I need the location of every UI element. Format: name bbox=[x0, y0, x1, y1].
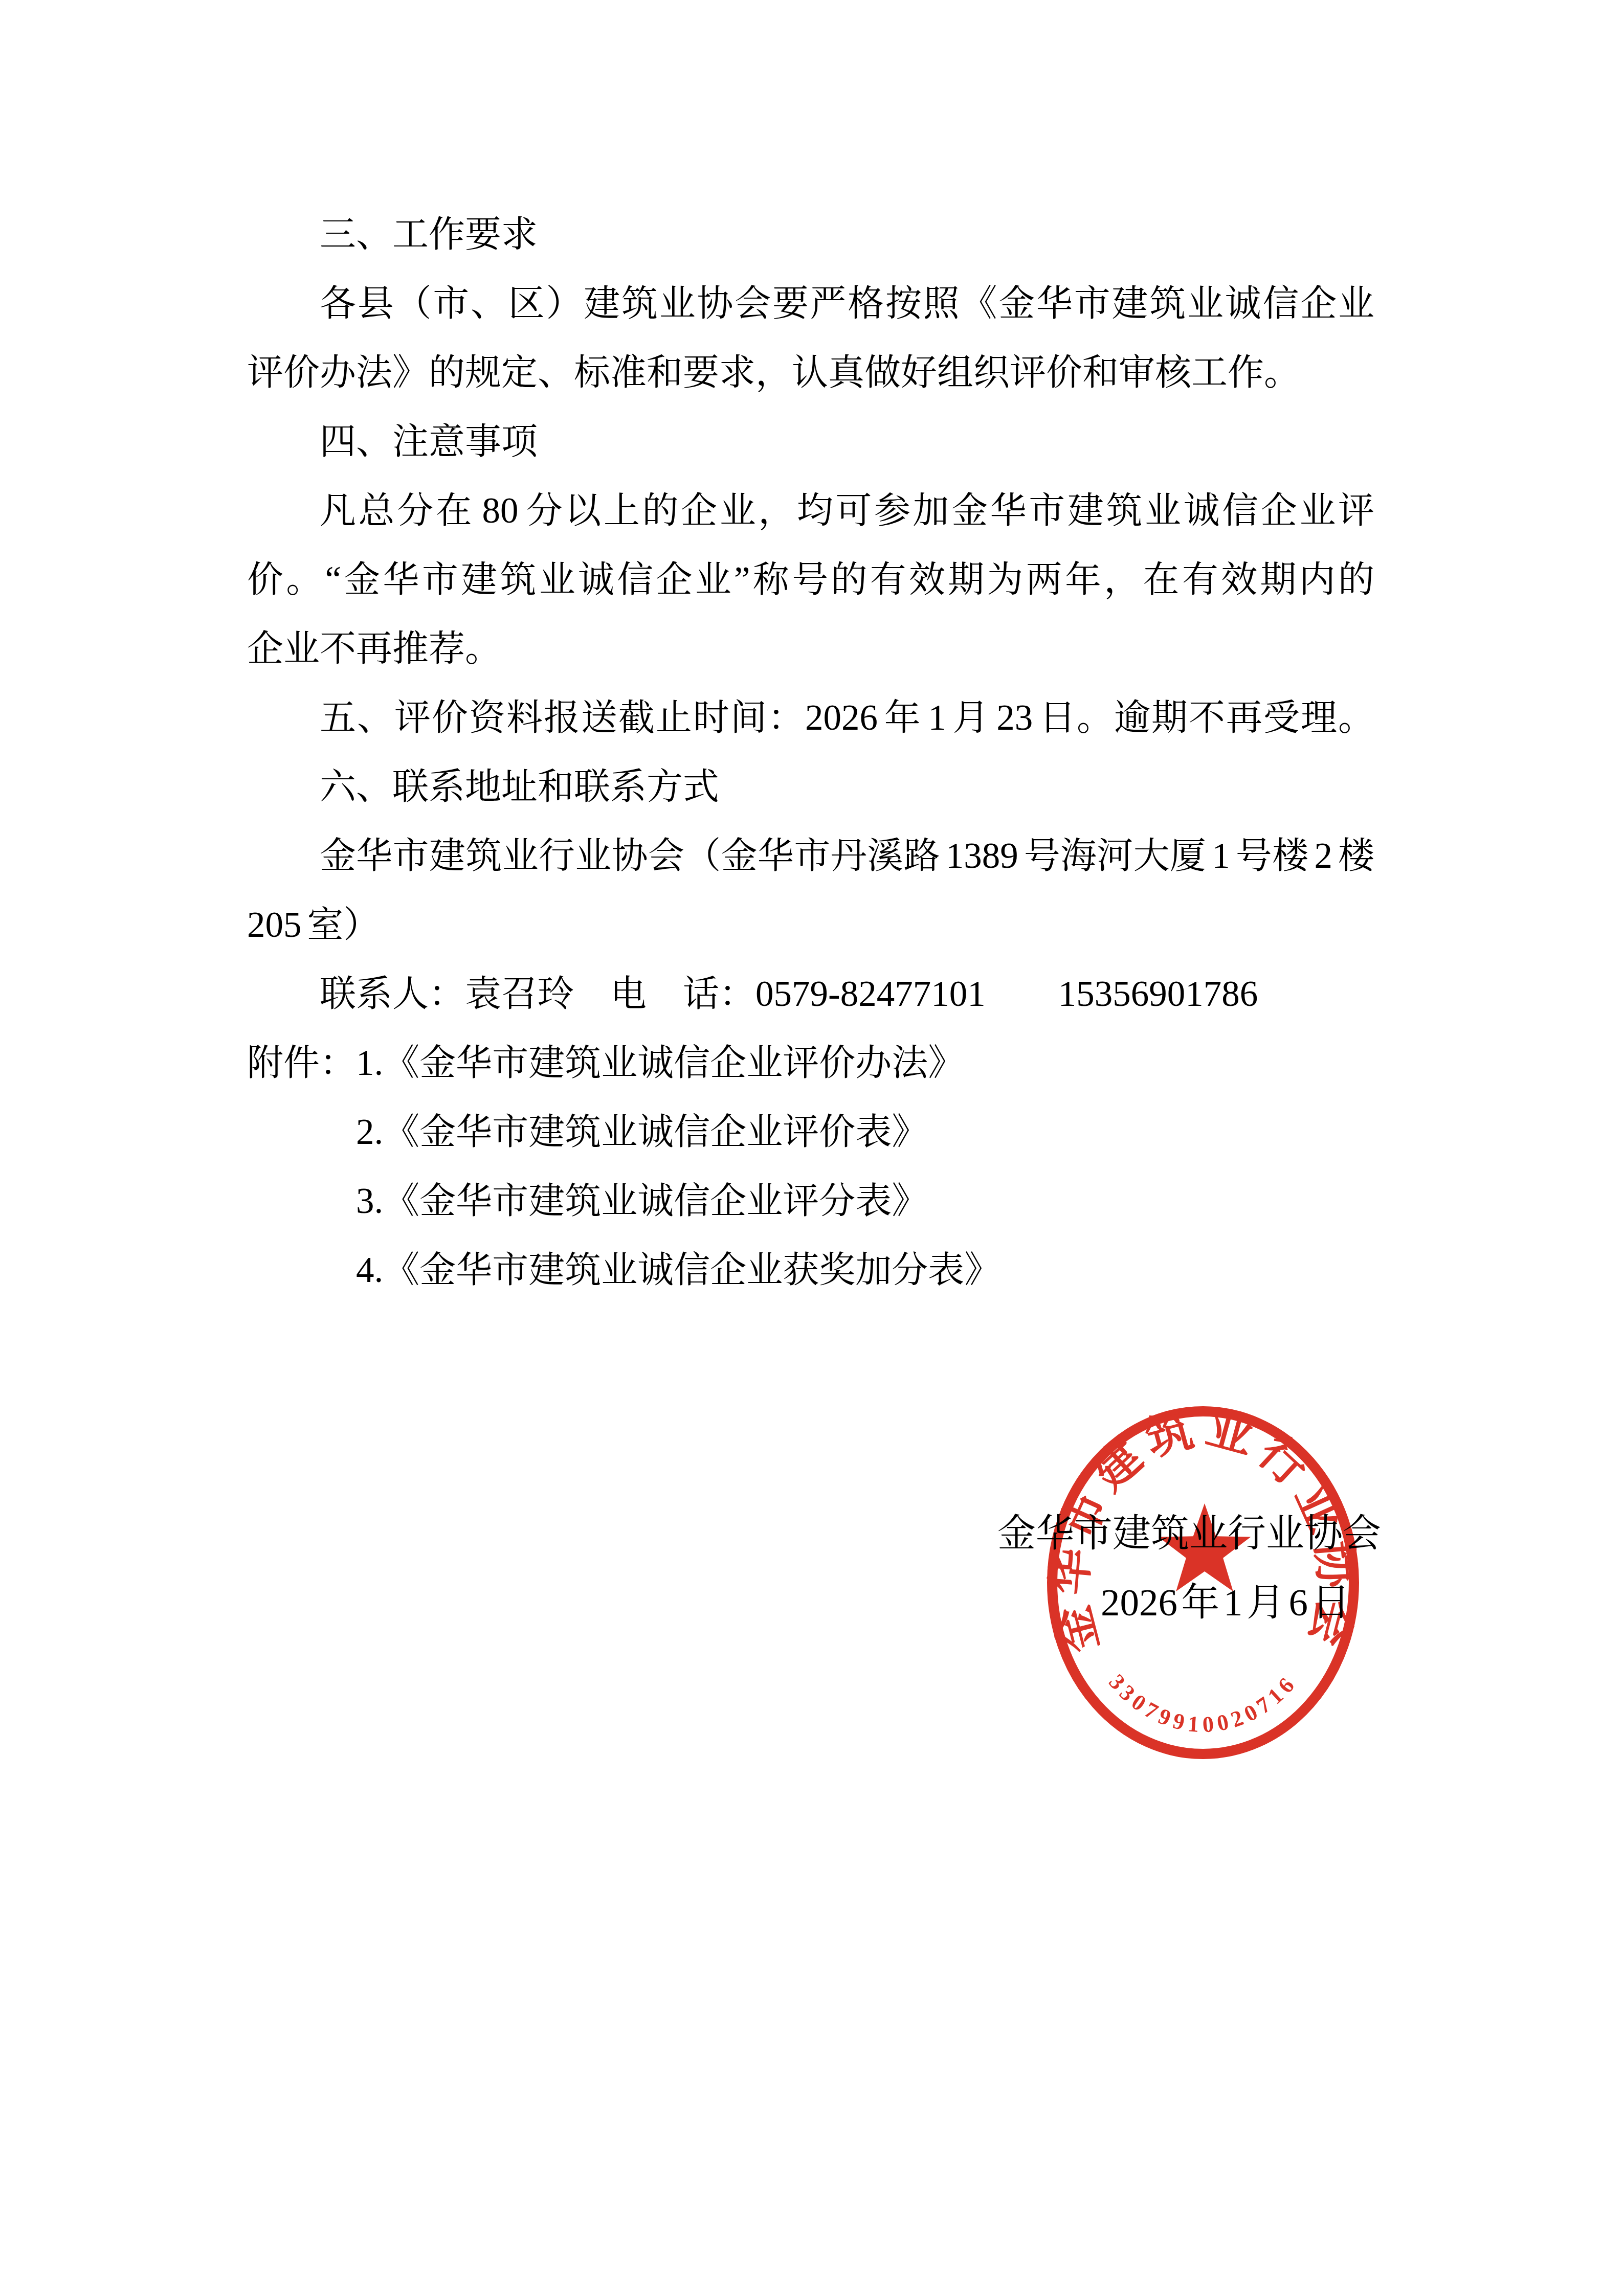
heading-section-3: 三、工作要求 bbox=[247, 200, 1374, 269]
body-line: 凡总分在 80 分以上的企业，均可参加金华市建筑业诚信企业评 bbox=[247, 477, 1374, 546]
document-body: 三、工作要求 各县（市、区）建筑业协会要严格按照《金华市建筑业诚信企业 评价办法… bbox=[247, 200, 1374, 1305]
body-line: 各县（市、区）建筑业协会要严格按照《金华市建筑业诚信企业 bbox=[247, 269, 1374, 339]
signature-date: 2026 年 1 月 6 日 bbox=[1101, 1583, 1350, 1624]
attachment-item-1: 附件：1.《金华市建筑业诚信企业评价办法》 bbox=[247, 1029, 1374, 1098]
attachment-item-2: 2.《金华市建筑业诚信企业评价表》 bbox=[247, 1098, 1374, 1167]
heading-section-4: 四、注意事项 bbox=[247, 408, 1374, 477]
heading-section-6: 六、联系地址和联系方式 bbox=[247, 753, 1374, 822]
heading-section-5: 五、评价资料报送截止时间：2026 年 1 月 23 日。逾期不再受理。 bbox=[247, 684, 1374, 753]
seal-serial-number: 33079910020716 bbox=[1104, 1670, 1302, 1738]
body-line: 评价办法》的规定、标准和要求，认真做好组织评价和审核工作。 bbox=[247, 339, 1374, 408]
contact-line: 联系人：袁召玲 电 话：0579-82477101 15356901786 bbox=[247, 960, 1374, 1029]
body-line: 企业不再推荐。 bbox=[247, 615, 1374, 684]
address-line: 金华市建筑业行业协会（金华市丹溪路 1389 号海河大厦 1 号楼 2 楼 bbox=[247, 822, 1374, 891]
signature-organization: 金华市建筑业行业协会 bbox=[997, 1514, 1381, 1555]
attachment-item-3: 3.《金华市建筑业诚信企业评分表》 bbox=[247, 1167, 1374, 1236]
attachment-item-4: 4.《金华市建筑业诚信企业获奖加分表》 bbox=[247, 1236, 1374, 1305]
body-line: 价。“金华市建筑业诚信企业”称号的有效期为两年，在有效期内的 bbox=[247, 546, 1374, 615]
document-page: 三、工作要求 各县（市、区）建筑业协会要严格按照《金华市建筑业诚信企业 评价办法… bbox=[0, 0, 1624, 2296]
address-line: 205 室） bbox=[247, 891, 1374, 960]
